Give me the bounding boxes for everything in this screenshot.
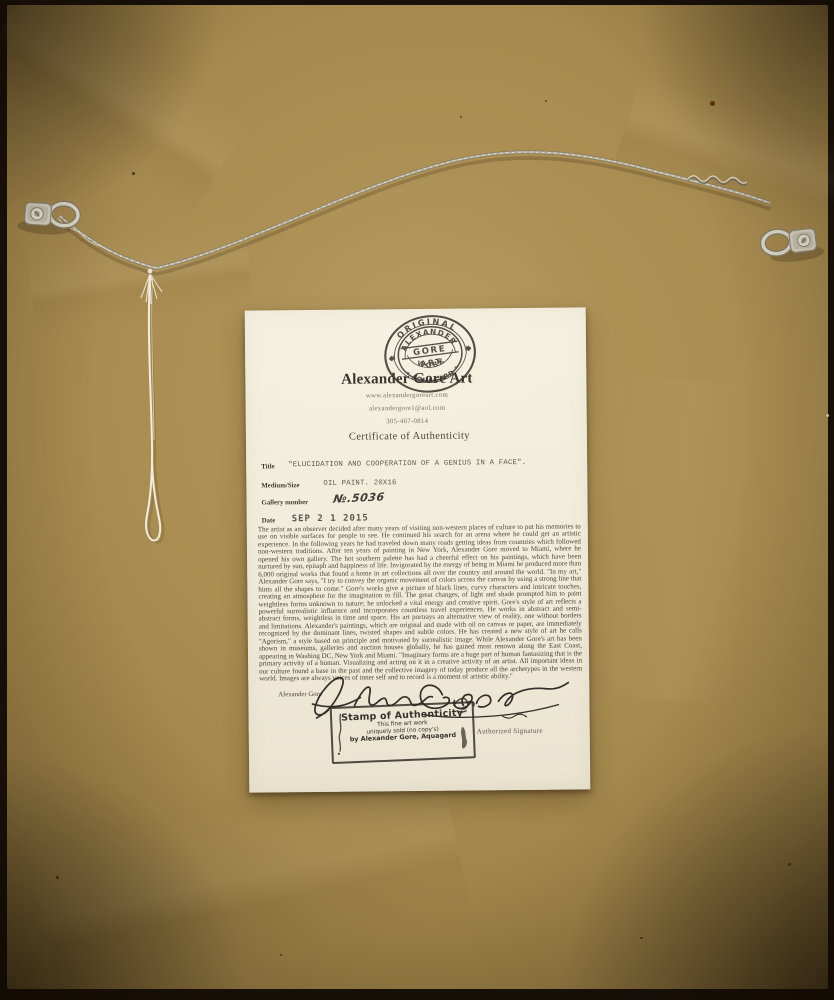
certificate-title: Certificate of Authenticity (239, 429, 580, 443)
artist-phone: 305-467-0814 (237, 416, 578, 426)
title-label: Title (261, 463, 275, 470)
d-ring-hanger-left (17, 201, 79, 237)
field-row-title: Title "ELUCIDATION AND COOPERATION OF A … (261, 462, 275, 470)
hanging-wire-mid (60, 152, 770, 268)
gallery-label: Gallery number (262, 499, 309, 506)
title-value: "ELUCIDATION AND COOPERATION OF A GENIUS… (288, 459, 526, 469)
field-row-gallery: Gallery number №.5036 (261, 498, 308, 506)
date-value: SEP 2 1 2015 (292, 513, 369, 524)
hanging-wire (60, 152, 770, 268)
medium-label: Medium/Size (261, 482, 299, 489)
wire-shadow (60, 158, 770, 274)
field-row-medium: Medium/Size OIL PAINT. 20X16 (261, 481, 299, 489)
artist-name-heading: Alexander Gore Art (236, 369, 577, 389)
field-row-date: Date SEP 2 1 2015 (262, 516, 276, 524)
date-label: Date (262, 517, 276, 524)
artist-website: www.alexandergoreart.com (236, 390, 577, 400)
ink-doodle-bird (451, 693, 477, 713)
medium-value: OIL PAINT. 20X16 (323, 479, 396, 488)
certificate-sheet: ORIGINAL ALEXANDER GORE ART WORK * AQUAG… (245, 307, 591, 792)
hanging-wire-highlight (60, 152, 770, 268)
authorized-signature-label: Authorized Signature (477, 727, 543, 736)
d-ring-hanger-right (762, 226, 825, 265)
artist-biography-text: The artist as an observer decided after … (258, 523, 582, 683)
white-string (141, 269, 163, 543)
gallery-value: №.5036 (333, 490, 386, 505)
artist-email: alexandergore1@aol.com (237, 403, 578, 413)
certificate-fields: Title "ELUCIDATION AND COOPERATION OF A … (261, 457, 580, 530)
photo-of-frame-back: { "scene": { "description": "Photograph … (0, 0, 834, 1000)
ink-doodle-left (335, 712, 345, 756)
ink-smudge-right (459, 724, 471, 750)
